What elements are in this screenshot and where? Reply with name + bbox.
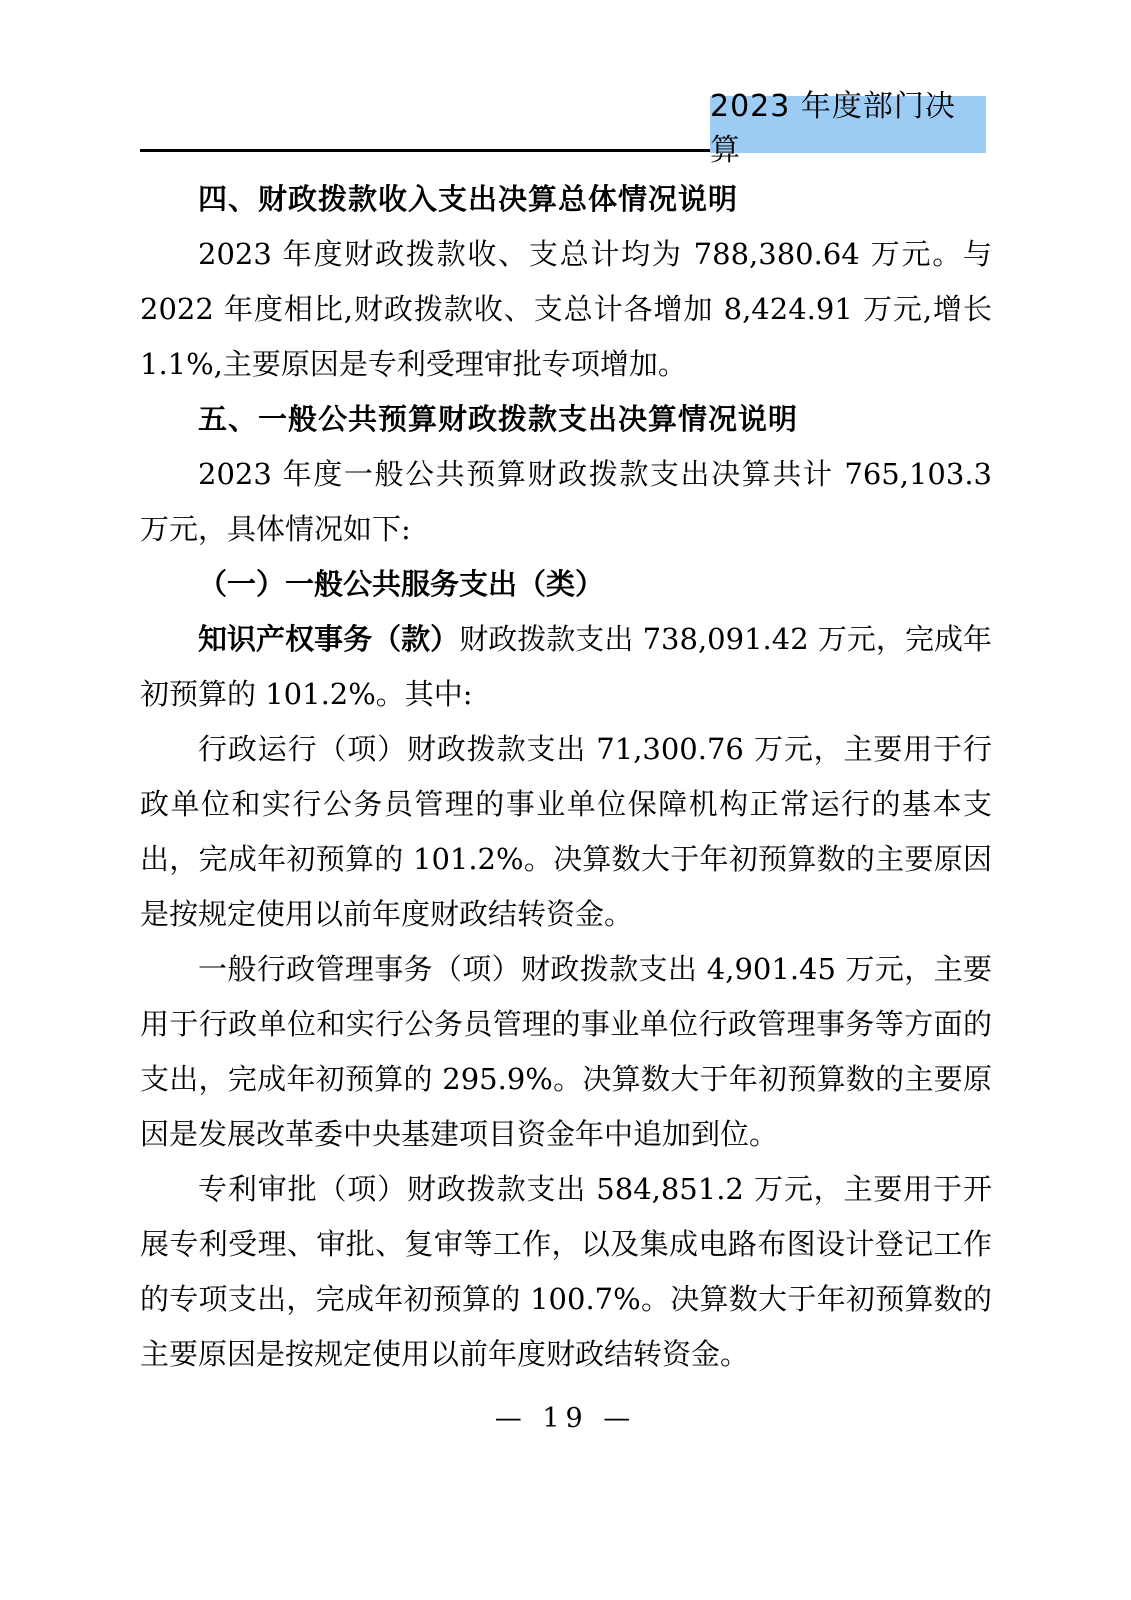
document-page: 2023 年度部门决算 四、财政拨款收入支出决算总体情况说明 2023 年度财政… (0, 0, 1131, 1600)
section-heading-5: 五、一般公共预算财政拨款支出决算情况说明 (140, 392, 992, 447)
document-body: 四、财政拨款收入支出决算总体情况说明 2023 年度财政拨款收、支总计均为 78… (140, 172, 992, 1382)
paragraph-patent-approval: 专利审批（项）财政拨款支出 584,851.2 万元，主要用于开展专利受理、审批… (140, 1162, 992, 1382)
paragraph-admin-operation: 行政运行（项）财政拨款支出 71,300.76 万元，主要用于行政单位和实行公务… (140, 722, 992, 942)
header-divider (140, 149, 710, 152)
paragraph-ip-affairs-lead: 知识产权事务（款） (198, 622, 459, 656)
paragraph-general-budget-total: 2023 年度一般公共预算财政拨款支出决算共计 765,103.3 万元，具体情… (140, 447, 992, 557)
section-heading-4: 四、财政拨款收入支出决算总体情况说明 (140, 172, 992, 227)
paragraph-fiscal-total: 2023 年度财政拨款收、支总计均为 788,380.64 万元。与 2022 … (140, 227, 992, 392)
header-badge: 2023 年度部门决算 (710, 96, 986, 153)
subsection-heading-1: （一）一般公共服务支出（类） (140, 557, 992, 612)
paragraph-general-admin-affairs: 一般行政管理事务（项）财政拨款支出 4,901.45 万元，主要用于行政单位和实… (140, 942, 992, 1162)
paragraph-ip-affairs: 知识产权事务（款）财政拨款支出 738,091.42 万元，完成年初预算的 10… (140, 612, 992, 722)
page-number: — 19 — (0, 1403, 1131, 1434)
